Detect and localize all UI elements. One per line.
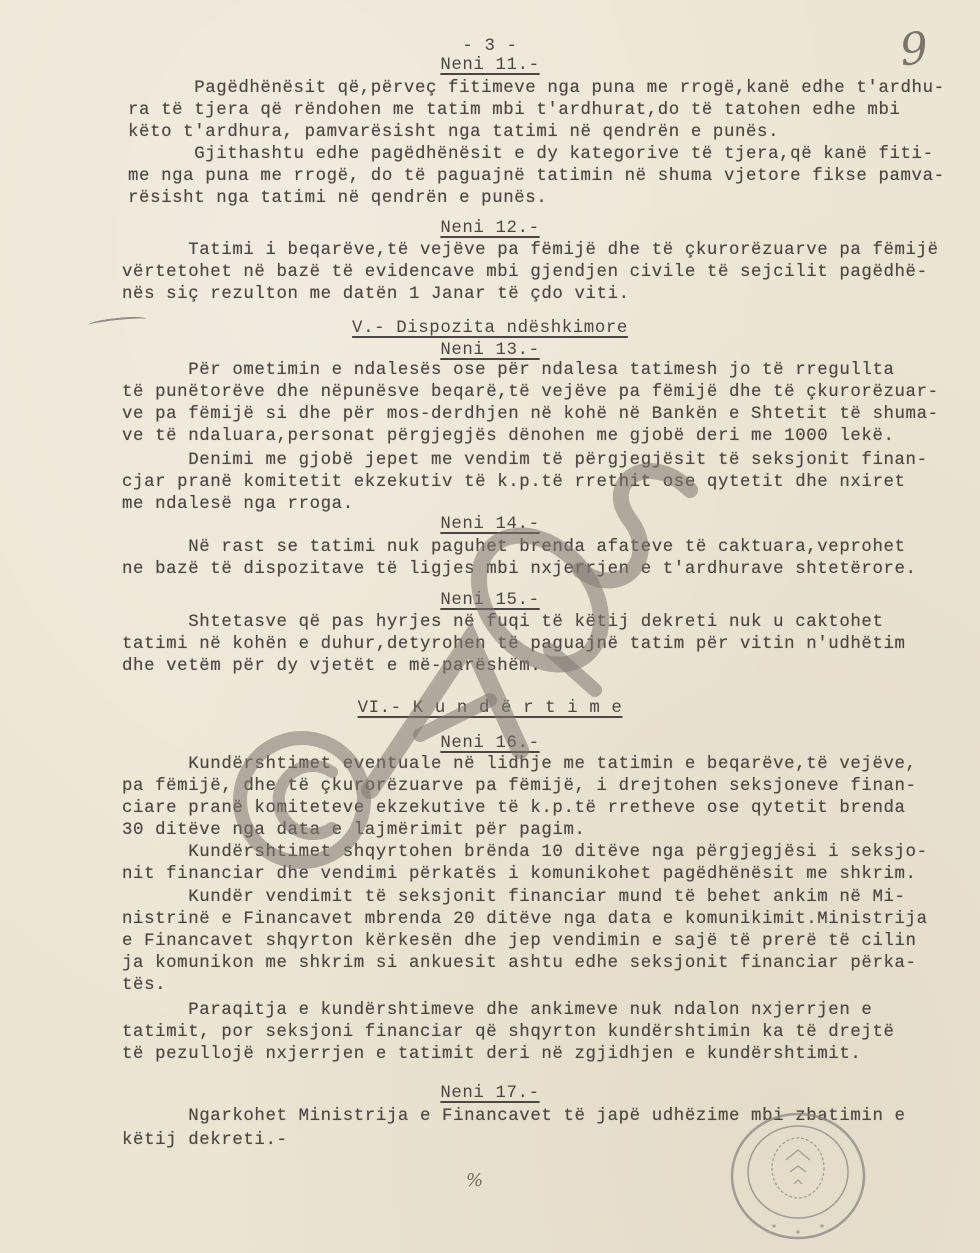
footer-mark: % [466,1170,483,1191]
text-line: dhe vetëm për dy vjetët e më-parëshëm. [122,656,541,678]
text-line: rësisht nga tatimi në qendrën e punës. [128,188,547,210]
text-line: nës siç rezulton me datën 1 Janar të çdo… [122,284,630,306]
text-line: e Financavet shqyrton kërkesën dhe jep v… [122,931,917,953]
chapter-title: VI.- K u n d ë r t i m e [358,699,623,718]
text-line: ciare pranë komiteteve ekzekutive të k.p… [122,798,906,820]
article-heading-14: Neni 14.- [0,514,980,536]
article-heading-13: Neni 13.- [0,340,980,362]
text-line: nistrinë e Financavet mbrenda 20 ditëve … [122,909,928,931]
text-line: Gjithashtu edhe pagëdhënësit e dy katego… [128,144,934,166]
text-line: këtij dekreti.- [122,1130,288,1152]
text-line: Në rast se tatimi nuk paguhet brenda afa… [122,537,906,559]
text-line: tatimi në kohën e duhur,detyrohen të pag… [122,634,906,656]
text-line: Ngarkohet Ministrija e Financavet të jap… [122,1106,906,1128]
text-line: nit financiar dhe vendimi përkatës i kom… [122,864,917,886]
text-line: me nga puna me rrogë, do të paguajnë tat… [128,166,945,188]
text-line: Pagëdhënësit që,përveç fitimeve nga puna… [128,78,945,100]
article-heading-17: Neni 17.- [0,1083,980,1105]
document-page: - 3 - 9 Neni 11.- Pagëdhënësit që,përveç… [0,0,980,1253]
text-line: të punëtorëve dhe nëpunësve beqarë,të ve… [122,382,939,404]
text-line: Kundër vendimit të seksjonit financiar m… [122,887,906,909]
official-seal-stamp-icon [728,1110,868,1242]
text-line: Shtetasve që pas hyrjes në fuqi të këtij… [122,612,884,634]
article-heading-12: Neni 12.- [0,218,980,240]
chapter-title: V.- Dispozita ndëshkimore [352,319,628,338]
text-line: me ndalesë nga rroga. [122,494,354,516]
text-line: tatimit, por seksjoni financiar që shqyr… [122,1022,895,1044]
text-line: ve të ndaluara,personat përgjegjës dënoh… [122,426,895,448]
chapter-heading-vi: VI.- K u n d ë r t i m e [0,698,980,720]
text-line: tës. [122,975,166,997]
text-line: Paraqitja e kundërshtimeve dhe ankimeve … [122,1000,872,1022]
text-line: të pezullojë nxjerrjen e tatimit deri në… [122,1044,861,1066]
text-line: Për ometimin e ndalesës ose për ndalesa … [122,360,895,382]
text-line: ja komunikon me shkrim si ankuesit ashtu… [122,953,917,975]
chapter-heading-v: V.- Dispozita ndëshkimore [0,318,980,340]
text-line: ra të tjera që rëndohen me tatim mbi t'a… [128,100,901,122]
text-line: 30 ditëve nga data e lajmërimit për pagi… [122,820,586,842]
text-line: cjar pranë komitetit ekzekutiv të k.p.të… [122,472,906,494]
text-line: vërtetohet në bazë të evidencave mbi gje… [122,262,928,284]
text-line: pa fëmijë, dhe të çkurorëzuarve pa fëmij… [122,776,917,798]
article-heading-11: Neni 11.- [0,55,980,77]
text-line: ne bazë të dispozitave të ligjes mbi nxj… [122,559,917,581]
text-line: Kundërshtimet eventuale në lidhje me tat… [122,754,917,776]
text-line: këto t'ardhura, pamvarësisht nga tatimi … [128,122,779,144]
text-line: Denimi me gjobë jepet me vendim të përgj… [122,450,928,472]
article-heading-16: Neni 16.- [0,733,980,755]
article-heading-15: Neni 15.- [0,590,980,612]
text-line: ve pa fëmijë si dhe për mos-derdhjen në … [122,404,939,426]
text-line: Kundërshtimet shqyrtohen brënda 10 ditëv… [122,842,928,864]
text-line: Tatimi i beqarëve,të vejëve pa fëmijë dh… [122,240,939,262]
